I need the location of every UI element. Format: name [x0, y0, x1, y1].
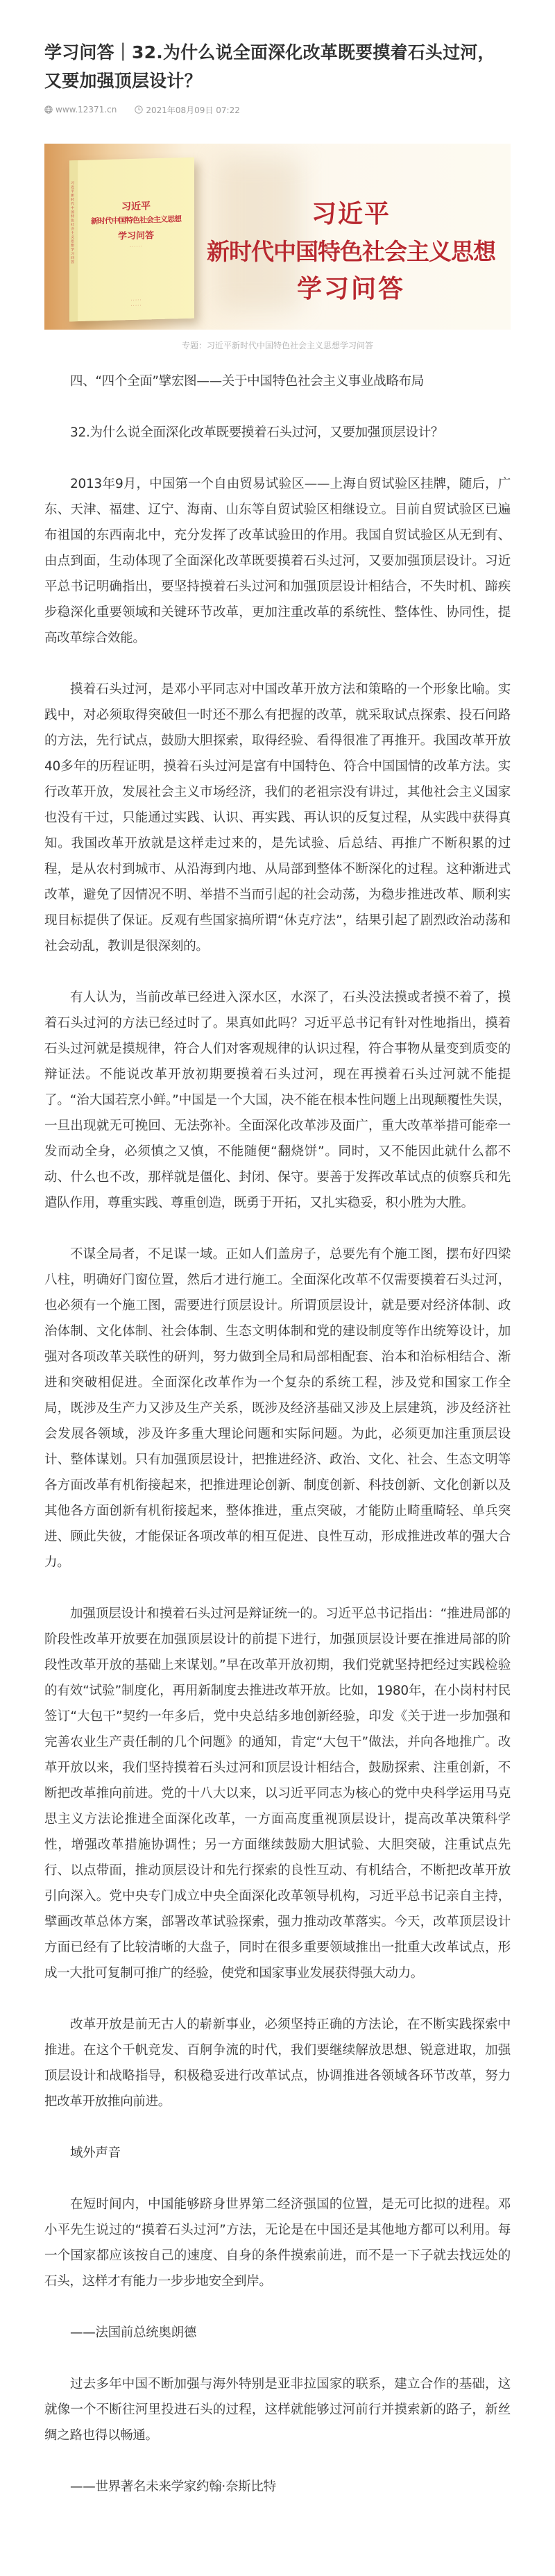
- article-page: 学习问答｜32.为什么说全面深化改革既要摸着石头过河，又要加强顶层设计？ www…: [0, 0, 555, 2500]
- body-paragraph: 有人认为，当前改革已经进入深水区，水深了，石头没法摸或者摸不着了，摸着石头过河的…: [44, 985, 511, 1216]
- clock-icon: [135, 105, 143, 114]
- book-cover: 习近平新时代中国特色社会主义思想学习问答 习近平 新时代中国特色社会主义思想 学…: [69, 158, 194, 322]
- voices-heading: 域外声音: [44, 2140, 511, 2166]
- article-title: 学习问答｜32.为什么说全面深化改革既要摸着石头过河，又要加强顶层设计？: [44, 38, 511, 95]
- book-cover-publisher-mark: · · · · · ·: [78, 244, 194, 251]
- body-paragraph: 改革开放是前无古人的崭新事业，必须坚持正确的方法论，在不断实践探索中推进。在这个…: [44, 2012, 511, 2115]
- banner-headline-line3: 学习问答: [205, 276, 497, 303]
- body-paragraph: 加强顶层设计和摸着石头过河是辩证统一的。习近平总书记指出：“推进局部的阶段性改革…: [44, 1601, 511, 1986]
- body-paragraph: 2013年9月，中国第一个自由贸易试验区——上海自贸试验区挂牌，随后，广东、天津…: [44, 471, 511, 651]
- quote-attribution: ——法国前总统奥朗德: [44, 2320, 511, 2346]
- body-paragraph: 不谋全局者，不足谋一域。正如人们盖房子，总要先有个施工图，摆布好四梁八柱，明确好…: [44, 1242, 511, 1575]
- article-meta: www.12371.cn 2021年08月09日 07:22: [44, 103, 511, 116]
- quote-text: 在短时间内，中国能够跻身世界第二经济强国的位置，是无可比拟的进程。邓小平先生说过…: [44, 2192, 511, 2294]
- banner-headline-line1: 习近平: [205, 201, 497, 228]
- image-caption: 专题：习近平新时代中国特色社会主义思想学习问答: [44, 339, 511, 352]
- section-heading: 四、“四个全面”擘宏图——关于中国特色社会主义事业战略布局: [44, 368, 511, 394]
- book-cover-line1: 习近平: [78, 198, 194, 214]
- article-source[interactable]: www.12371.cn: [55, 105, 117, 115]
- book-spine-text: 习近平新时代中国特色社会主义思想学习问答: [71, 181, 76, 264]
- book-cover-line2: 新时代中国特色社会主义思想: [78, 213, 194, 227]
- source-meta: www.12371.cn: [44, 105, 117, 115]
- body-paragraph: 摸着石头过河，是邓小平同志对中国改革开放方法和策略的一个形象比喻。实践中，对必须…: [44, 677, 511, 959]
- article-date: 2021年08月09日 07:22: [146, 104, 239, 116]
- quote-text: 过去多年中国不断加强与海外特别是亚非拉国家的联系，建立合作的基础，这就像一个不断…: [44, 2371, 511, 2448]
- article-body: 四、“四个全面”擘宏图——关于中国特色社会主义事业战略布局 32.为什么说全面深…: [44, 368, 511, 2500]
- banner-headline-line2: 新时代中国特色社会主义思想: [205, 238, 497, 266]
- question-heading: 32.为什么说全面深化改革既要摸着石头过河，又要加强顶层设计？: [44, 420, 511, 446]
- globe-icon: [44, 105, 53, 114]
- date-meta: 2021年08月09日 07:22: [135, 104, 239, 116]
- book-cover-press-mark: · · · · ·· · · · ·: [78, 296, 194, 310]
- book-cover-line3: 学习问答: [78, 227, 194, 243]
- article-banner-image: 习近平新时代中国特色社会主义思想学习问答 习近平 新时代中国特色社会主义思想 学…: [44, 144, 511, 330]
